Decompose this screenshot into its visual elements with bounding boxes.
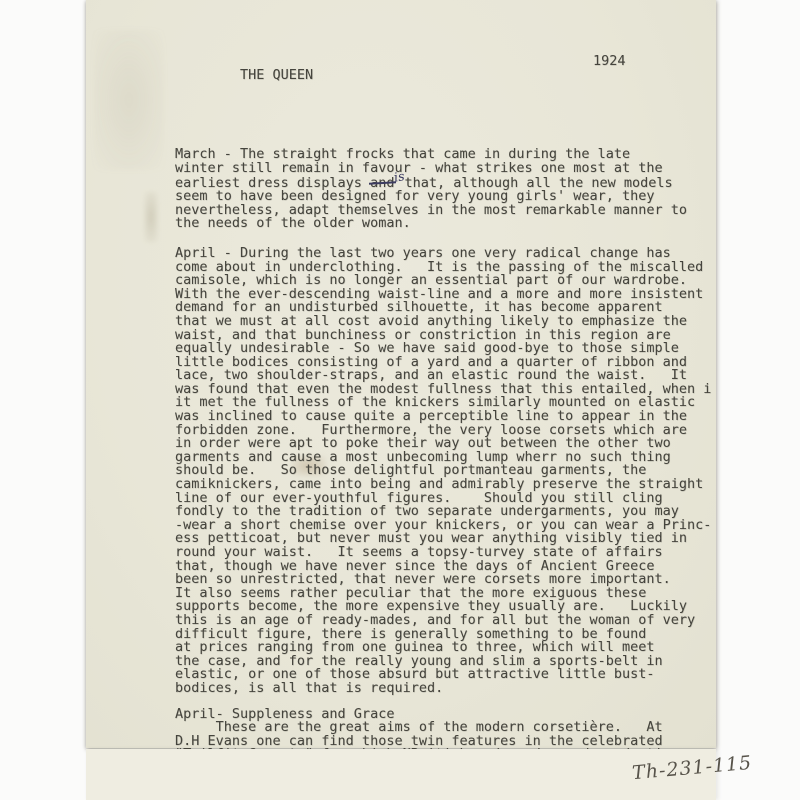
- scanned-photo-background: THE QUEEN 1924 March - The straight froc…: [0, 0, 800, 800]
- publication-title: THE QUEEN: [240, 67, 313, 83]
- paragraph-april: April - During the last two years one ve…: [175, 247, 715, 696]
- typed-text-column: THE QUEEN 1924 March - The straight froc…: [175, 55, 715, 789]
- paper-stain: [144, 192, 158, 242]
- catalog-number-annotation: Th-231-115: [631, 752, 753, 784]
- struck-out-word: and: [370, 175, 394, 191]
- typescript-line: winter still remain in favour - what str…: [175, 162, 715, 176]
- mount-strip: Th-231-115: [86, 749, 716, 800]
- typescript-line: the needs of the older woman.: [175, 217, 715, 231]
- year-label: 1924: [593, 55, 626, 69]
- typescript-line: bodices, is all that is required.: [175, 682, 715, 696]
- typescript-page: THE QUEEN 1924 March - The straight froc…: [86, 0, 716, 748]
- paragraph-march: March - The straight frocks that came in…: [175, 148, 715, 231]
- page-header: THE QUEEN 1924: [175, 55, 715, 109]
- paper-stain: [94, 30, 164, 170]
